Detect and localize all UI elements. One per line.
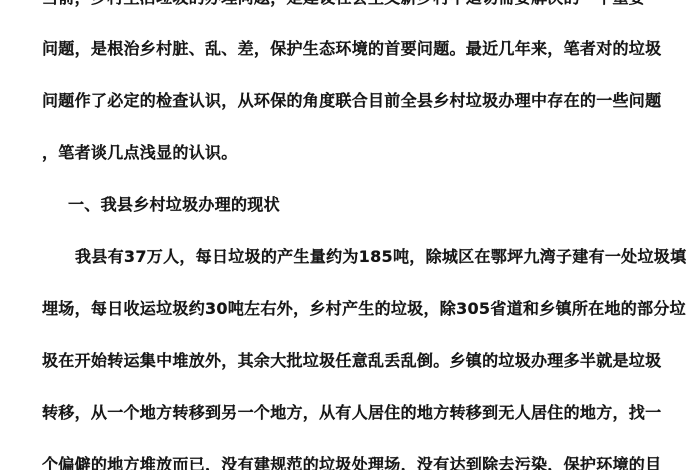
- text-line-partial-bottom: 个偏僻的地方堆放而已，没有建规范的垃圾处理场，没有达到除去污染，保护环境的目: [42, 454, 667, 470]
- text-line: 问题，是根治乡村脏、乱、差，保护生态环境的首要问题。最近几年来，笔者对的垃圾: [42, 38, 667, 60]
- text-line-partial-top: 当前，乡村生活垃圾的办理问题，是建设社会主义新乡村中迫切需要解决的一个重要: [42, 0, 667, 9]
- text-line: 圾在开始转运集中堆放外，其余大批垃圾任意乱丢乱倒。乡镇的垃圾办理多半就是垃圾: [42, 350, 667, 372]
- text-line: 埋场，每日收运垃圾约30吨左右外，乡村产生的垃圾，除305省道和乡镇所在地的部分…: [42, 298, 667, 320]
- section-heading: 一、我县乡村垃圾办理的现状: [42, 194, 693, 216]
- text-line: ，笔者谈几点浅显的认识。: [42, 142, 667, 164]
- text-line: 转移，从一个地方转移到另一个地方，从有人居住的地方转移到无人居住的地方，找一: [42, 402, 667, 424]
- text-line: 问题作了必定的检查认识，从环保的角度联合目前全县乡村垃圾办理中存在的一些问题: [42, 90, 667, 112]
- document-page: 当前，乡村生活垃圾的办理问题，是建设社会主义新乡村中迫切需要解决的一个重要 问题…: [0, 0, 700, 470]
- paragraph-first-line: 我县有37万人，每日垃圾的产生量约为185吨，除城区在鄂坪九湾子建有一处垃圾填: [42, 246, 700, 268]
